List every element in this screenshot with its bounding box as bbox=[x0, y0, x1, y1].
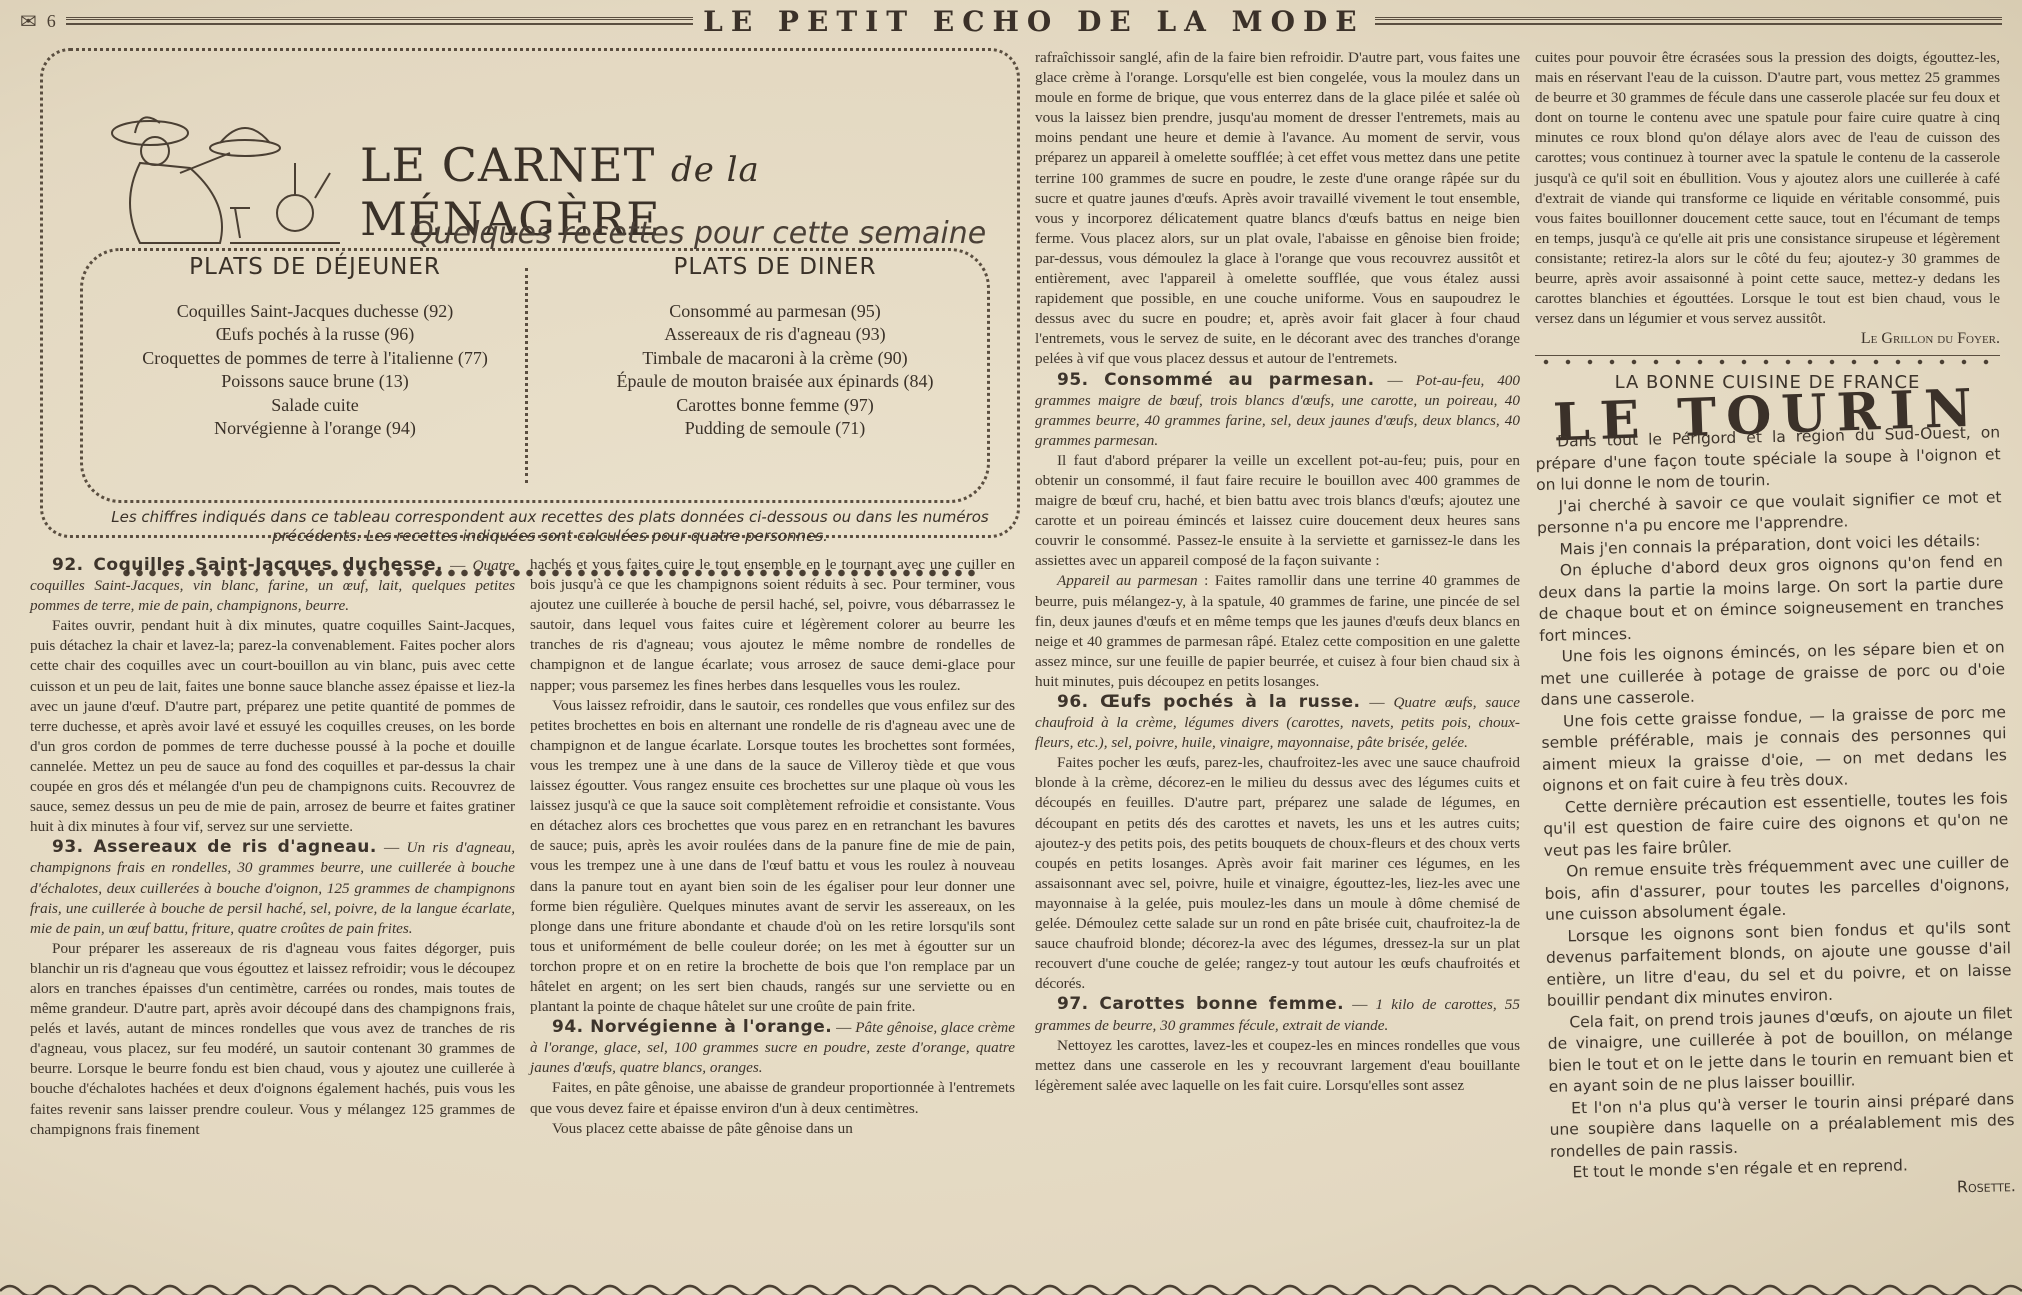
tourin-paragraph: On remue ensuite très fréquemment avec u… bbox=[1544, 852, 2010, 926]
title-de-la: de la bbox=[671, 150, 760, 190]
menu-item: Timbale de macaroni à la crème (90) bbox=[540, 347, 1010, 371]
column-3: rafraîchissoir sanglé, afin de la faire … bbox=[1035, 48, 1520, 1096]
recipe-93-body-cont2: Vous laissez refroidir, dans le sautoir,… bbox=[530, 696, 1015, 1018]
recipe-95-title: 95. Consommé au parmesan. bbox=[1057, 370, 1375, 390]
appareil-label: Appareil au parmesan bbox=[1057, 572, 1198, 589]
menu-item: Coquilles Saint-Jacques duchesse (92) bbox=[80, 300, 550, 324]
recipe-92-body: Faites ouvrir, pendant huit à dix minute… bbox=[30, 616, 515, 837]
recipe-92-title: 92. Coquilles Saint-Jacques duchesse. bbox=[52, 555, 443, 575]
menu-item: Croquettes de pommes de terre à l'italie… bbox=[80, 347, 550, 371]
recipe-97-body-cont: cuites pour pouvoir être écrasées sous l… bbox=[1535, 48, 2000, 329]
recipe-93-body: Pour préparer les assereaux de ris d'agn… bbox=[30, 939, 515, 1140]
tourin-paragraph: Lorsque les oignons sont bien fondus et … bbox=[1545, 916, 2012, 1012]
masthead: ✉ 6 LE PETIT ECHO DE LA MODE bbox=[20, 6, 2002, 36]
tourin-paragraph: Cette dernière précaution est essentiell… bbox=[1543, 787, 2009, 861]
tourin-paragraph: Une fois cette graisse fondue, — la grai… bbox=[1541, 701, 2008, 797]
column-2: hachés et vous faites cuire le tout ense… bbox=[530, 555, 1015, 1139]
dejeuner-heading: PLATS DE DÉJEUNER bbox=[80, 256, 550, 280]
newspaper-page: ✉ 6 LE PETIT ECHO DE LA MODE bbox=[0, 0, 2022, 1295]
dejeuner-menu: PLATS DE DÉJEUNER Coquilles Saint-Jacque… bbox=[80, 256, 550, 441]
masthead-rule-left bbox=[66, 17, 693, 25]
recipe-94-body2: Vous placez cette abaisse de pâte gênois… bbox=[530, 1119, 1015, 1139]
menu-item: Pudding de semoule (71) bbox=[540, 417, 1010, 441]
tourin-article: Dans tout le Périgord et la région du Su… bbox=[1535, 422, 2016, 1206]
recipe-97-body: Nettoyez les carottes, lavez-les et coup… bbox=[1035, 1036, 1520, 1096]
column-1: 92. Coquilles Saint-Jacques duchesse. — … bbox=[30, 555, 515, 1140]
recipe-96-body: Faites pocher les œufs, parez-les, chauf… bbox=[1035, 753, 1520, 994]
recipe-94-body: Faites, en pâte gênoise, une abaisse de … bbox=[530, 1078, 1015, 1118]
tourin-paragraph: Et l'on n'a plus qu'à verser le tourin a… bbox=[1549, 1088, 2015, 1162]
diner-heading: PLATS DE DINER bbox=[540, 256, 1010, 280]
title-main: LE CARNET bbox=[360, 138, 655, 192]
recipe-93-title: 93. Assereaux de ris d'agneau. bbox=[52, 837, 377, 857]
menu-item: Salade cuite bbox=[80, 394, 550, 418]
carnet-box: LE CARNET de la MÉNAGÈRE Quelques recett… bbox=[40, 48, 1020, 538]
ornament-icon: ✉ bbox=[20, 9, 37, 34]
publication-title: LE PETIT ECHO DE LA MODE bbox=[703, 5, 1364, 38]
diamond-rule bbox=[1535, 355, 2000, 367]
carnet-subtitle: Quelques recettes pour cette semaine bbox=[410, 216, 986, 251]
carnet-note: Les chiffres indiqués dans ce tableau co… bbox=[70, 508, 1030, 546]
recipe-95-body: Il faut d'abord préparer la veille un ex… bbox=[1035, 451, 1520, 572]
recipe-94-body-cont: rafraîchissoir sanglé, afin de la faire … bbox=[1035, 48, 1520, 370]
page-number: 6 bbox=[47, 11, 56, 32]
wavy-border-icon bbox=[0, 1281, 2022, 1295]
recipe-97-title: 97. Carottes bonne femme. bbox=[1057, 994, 1344, 1014]
waiter-illustration-icon bbox=[80, 103, 350, 253]
recipe-94-title: 94. Norvégienne à l'orange. bbox=[552, 1017, 832, 1037]
diner-menu: PLATS DE DINER Consommé au parmesan (95)… bbox=[540, 256, 1010, 441]
menu-item: Poissons sauce brune (13) bbox=[80, 370, 550, 394]
menu-item: Norvégienne à l'orange (94) bbox=[80, 417, 550, 441]
recipe-93-body-cont: hachés et vous faites cuire le tout ense… bbox=[530, 555, 1015, 696]
tourin-paragraph: Une fois les oignons émincés, on les sép… bbox=[1540, 637, 2006, 711]
menu-item: Œufs pochés à la russe (96) bbox=[80, 323, 550, 347]
menu-item: Consommé au parmesan (95) bbox=[540, 300, 1010, 324]
menu-item: Assereaux de ris d'agneau (93) bbox=[540, 323, 1010, 347]
tourin-paragraph: On épluche d'abord deux gros oignons qu'… bbox=[1538, 551, 2005, 647]
recipe-96-title: 96. Œufs pochés à la russe. bbox=[1057, 692, 1360, 712]
tourin-paragraph: Cela fait, on prend trois jaunes d'œufs,… bbox=[1547, 1002, 2014, 1098]
appareil-text: : Faites ramollir dans une terrine 40 gr… bbox=[1035, 572, 1520, 689]
menu-item: Carottes bonne femme (97) bbox=[540, 394, 1010, 418]
masthead-rule-right bbox=[1375, 17, 2002, 25]
tourin-paragraph: Dans tout le Périgord et la région du Su… bbox=[1535, 422, 2001, 496]
signature-grillon: Le Grillon du Foyer. bbox=[1535, 329, 2000, 349]
menu-divider bbox=[525, 268, 528, 483]
menu-item: Épaule de mouton braisée aux épinards (8… bbox=[540, 370, 1010, 394]
column-4: cuites pour pouvoir être écrasées sous l… bbox=[1535, 48, 2000, 1206]
